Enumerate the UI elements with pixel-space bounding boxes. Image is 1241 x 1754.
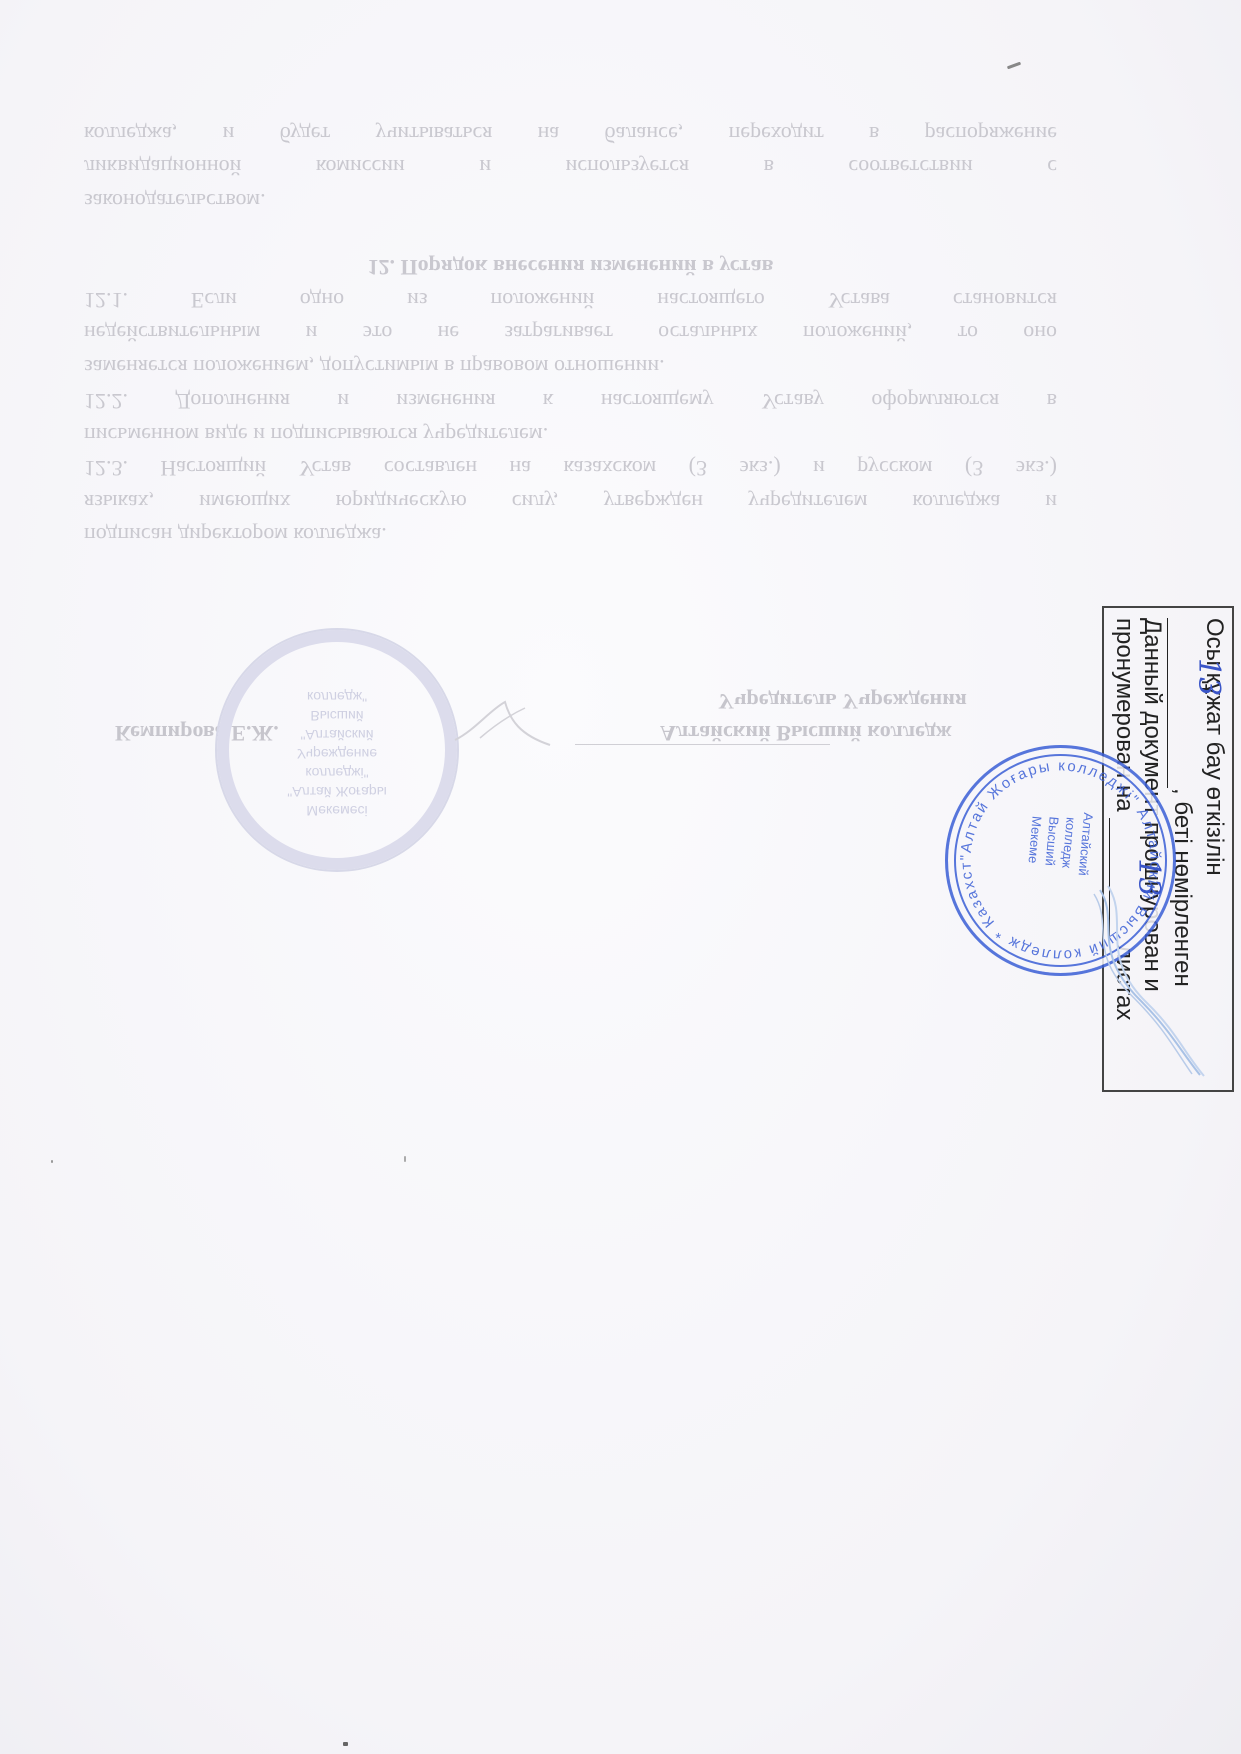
signature-line [575, 744, 830, 745]
ghost-text-line: 12.3. Настоящий Устав составлен на казах… [84, 455, 1057, 481]
cert-line-kazakh: Осы құжат бау өткізілін [1200, 618, 1228, 876]
ghost-text-line: 12.1. Если одно из положений настоящего … [84, 287, 1057, 313]
scan-speck [51, 1160, 53, 1163]
faint-stamp-center-text: Мекемесі "Алтай Жоғары колледжі" Учрежде… [277, 687, 397, 820]
ghost-text-line: колледжа, и будет учитываться на балансе… [84, 121, 1057, 147]
ghost-text-line: подписан директором колледжа. [84, 522, 1057, 548]
stamp-line: Учреждение [277, 744, 397, 763]
binding-thread [1080, 880, 1210, 1080]
ghost-section-title: 12. Порядок внесения изменений в устав [84, 254, 1057, 280]
stamp-line: Мекемесі [277, 801, 397, 820]
stamp-line: "Алтай Жоғары [277, 782, 397, 801]
stamp-line: колледжі" [277, 763, 397, 782]
ghost-founder-org: Алтайский Высший колледж [660, 720, 952, 746]
ghost-text-line: недействительным и это не затрагивает ос… [84, 320, 1057, 346]
ghost-founder-title: Учредитель Учреждения [718, 688, 967, 714]
scan-speck [343, 1742, 348, 1746]
handwritten-page-count: 13 [1191, 658, 1226, 696]
scan-speck [404, 1156, 406, 1162]
signature-scribble [450, 690, 560, 760]
ghost-text-line: ликвидационной комиссии и используется в… [84, 154, 1057, 180]
ghost-text-line: 12.2. Дополнения и изменения к настоящем… [84, 388, 1057, 414]
ghost-text-line: языках, имеющих юридическую силу, утверж… [84, 489, 1057, 515]
ghost-text-line: заменяется положением, допустимым в прав… [84, 354, 1057, 380]
ghost-text-line: письменном виде и подписываются учредите… [84, 422, 1057, 448]
stamp-line: "Алтайский Высший [277, 706, 397, 744]
stamp-line: колледж" [277, 687, 397, 706]
faint-round-stamp: Мекемесі "Алтай Жоғары колледжі" Учрежде… [215, 628, 459, 872]
ghost-text-line: законодательством. [84, 188, 1057, 214]
